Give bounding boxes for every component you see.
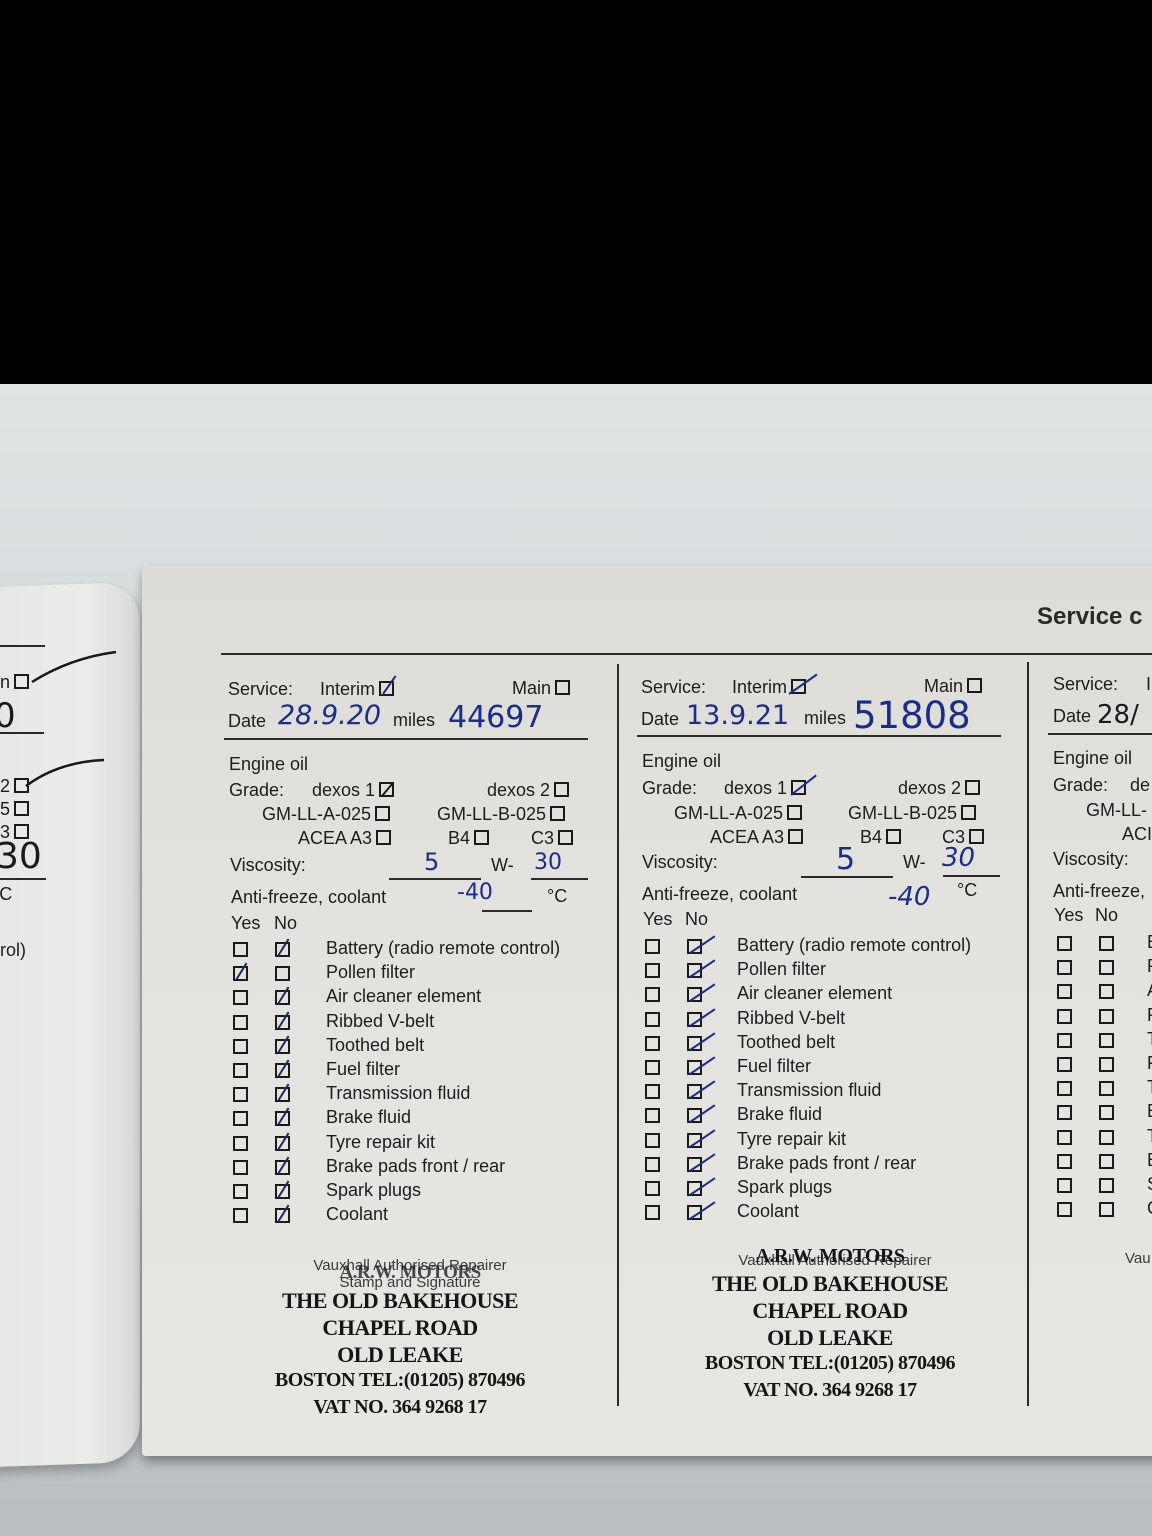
main-checkbox[interactable] [555, 680, 570, 695]
stamp-line: BOSTON TEL:(01205) 870496 [240, 1369, 560, 1392]
gm-a-checkbox[interactable] [375, 806, 390, 821]
date-label: Date [1053, 706, 1091, 727]
no-checkbox[interactable] [687, 987, 702, 1002]
no-checkbox[interactable] [687, 1060, 702, 1075]
yes-header: Yes [231, 913, 260, 934]
grade-b4: B4 [448, 828, 489, 849]
yes-checkbox[interactable] [645, 1036, 660, 1051]
gm-b-checkbox[interactable] [550, 806, 565, 821]
left-b025-fragment: 5 [0, 799, 29, 820]
tick-mark-icon [277, 1108, 289, 1126]
yes-checkbox[interactable] [645, 1060, 660, 1075]
left-main-checkbox[interactable] [14, 674, 29, 689]
checklist-item-label: Coolant [737, 1201, 799, 1222]
no-checkbox[interactable] [275, 1184, 290, 1199]
no-checkbox[interactable] [1099, 984, 1114, 999]
dexos2-checkbox[interactable] [965, 780, 980, 795]
no-checkbox[interactable] [275, 1063, 290, 1078]
column-divider [1027, 662, 1029, 1406]
yes-checkbox[interactable] [1057, 1178, 1072, 1193]
interim-checkbox[interactable] [791, 679, 806, 694]
no-checkbox[interactable] [1099, 1033, 1114, 1048]
viscosity-high-rule [531, 878, 588, 880]
date-value[interactable]: 28.9.20 [278, 700, 381, 731]
grade-gm-b: GM-LL-B-025 [437, 804, 565, 825]
tick-mark-icon [277, 1060, 289, 1078]
left-circle-value: 0 [0, 696, 16, 736]
grade-b4: B4 [860, 827, 901, 848]
tick-mark-icon [277, 1181, 289, 1199]
tick-mark-icon [277, 1132, 289, 1150]
left-battery-fragment: rol) [0, 940, 26, 961]
date-rule [1048, 733, 1152, 735]
yes-checkbox[interactable] [233, 1015, 248, 1030]
engine-oil-heading: Engine oil [642, 751, 721, 772]
left-tick-mark-icon [24, 754, 108, 790]
grade-acea: ACEA A3 [710, 827, 803, 848]
stamp-line: BOSTON TEL:(01205) 870496 [670, 1352, 990, 1375]
checklist-item-label-partial: B [1147, 1150, 1152, 1171]
viscosity-high-value[interactable]: 30 [534, 850, 562, 875]
checklist-item-label-partial: P [1147, 956, 1152, 977]
interim-option: Interim [732, 677, 806, 698]
checklist-item-label: Transmission fluid [326, 1083, 470, 1104]
c3-checkbox[interactable] [969, 829, 984, 844]
date-rule [224, 738, 588, 740]
checklist-item-label: Toothed belt [737, 1032, 835, 1053]
engine-oil-heading: Engine oil [1053, 748, 1132, 769]
yes-checkbox[interactable] [645, 1205, 660, 1220]
date-label: Date [228, 711, 266, 732]
no-checkbox[interactable] [275, 990, 290, 1005]
main-option: Main [512, 678, 570, 699]
checklist-item-label-partial: B [1147, 932, 1152, 953]
interim-option: Interim [320, 679, 394, 700]
checklist-item-label: Battery (radio remote control) [737, 935, 971, 956]
dexos1-checkbox[interactable] [379, 782, 394, 797]
no-checkbox[interactable] [1099, 1081, 1114, 1096]
yes-checkbox[interactable] [645, 987, 660, 1002]
checklist-item-label: Transmission fluid [737, 1080, 881, 1101]
column-divider [617, 664, 619, 1406]
interim-label: Interim [732, 677, 787, 697]
yes-checkbox[interactable] [233, 1087, 248, 1102]
no-checkbox[interactable] [687, 1108, 702, 1123]
tick-mark-icon [277, 1205, 289, 1223]
no-checkbox[interactable] [275, 1087, 290, 1102]
no-checkbox[interactable] [275, 942, 290, 957]
yes-checkbox[interactable] [1057, 984, 1072, 999]
left-page-rule [0, 645, 45, 647]
w-label: W- [491, 855, 514, 876]
yes-checkbox[interactable] [1057, 1057, 1072, 1072]
grade-dexos2: dexos 2 [898, 778, 980, 799]
stamp-line: THE OLD BAKEHOUSE [240, 1288, 560, 1314]
gm-a-checkbox[interactable] [787, 805, 802, 820]
yes-checkbox[interactable] [1057, 1033, 1072, 1048]
no-checkbox[interactable] [687, 1157, 702, 1172]
viscosity-label: Viscosity: [642, 852, 718, 873]
checklist-item-label: Ribbed V-belt [737, 1008, 845, 1029]
yes-checkbox[interactable] [233, 1063, 248, 1078]
degc-label: °C [957, 880, 977, 901]
tick-mark-icon [277, 1084, 289, 1102]
checklist-item-label-partial: C [1147, 1198, 1152, 1219]
checklist-item-label-partial: F [1147, 1053, 1152, 1074]
yes-checkbox[interactable] [233, 966, 248, 981]
engine-oil-heading: Engine oil [229, 754, 308, 775]
stamp-line: VAT NO. 364 9268 17 [240, 1396, 560, 1419]
no-checkbox[interactable] [1099, 936, 1114, 951]
no-checkbox[interactable] [1099, 1130, 1114, 1145]
checklist-item-label: Spark plugs [737, 1177, 832, 1198]
grade-gm-a: GM-LL-A-025 [674, 803, 802, 824]
left-facing-page [0, 582, 140, 1468]
main-label: Main [512, 678, 551, 698]
acea-partial: ACI [1122, 824, 1152, 845]
yes-header: Yes [1054, 905, 1083, 926]
grade-c3: C3 [531, 828, 573, 849]
no-checkbox[interactable] [687, 1181, 702, 1196]
service-label: Service: [1053, 674, 1118, 695]
interim-label: Interim [320, 679, 375, 699]
service-label: Service: [228, 679, 293, 700]
no-checkbox[interactable] [275, 966, 290, 981]
dexos2-checkbox[interactable] [554, 782, 569, 797]
grade-acea: ACEA A3 [298, 828, 391, 849]
no-header: No [685, 909, 708, 930]
checklist-item-label-partial: R [1147, 1005, 1152, 1026]
checklist-item-label: Brake fluid [737, 1104, 822, 1125]
yes-checkbox[interactable] [645, 1084, 660, 1099]
left-degc: °C [0, 884, 12, 905]
no-checkbox[interactable] [1099, 1105, 1114, 1120]
checklist-item-label: Pollen filter [326, 962, 415, 983]
tick-mark-icon [235, 963, 247, 981]
antifreeze-label: Anti-freeze, coolant [231, 887, 386, 908]
grade-gm-a: GM-LL-A-025 [262, 804, 390, 825]
grade-partial: de [1130, 775, 1150, 796]
grade-dexos2: dexos 2 [487, 780, 569, 801]
no-checkbox[interactable] [687, 939, 702, 954]
yes-checkbox[interactable] [1057, 1154, 1072, 1169]
yes-checkbox[interactable] [645, 1108, 660, 1123]
date-value[interactable]: 13.9.21 [686, 700, 789, 731]
tick-mark-icon [277, 1011, 289, 1029]
checklist-item-label: Coolant [326, 1204, 388, 1225]
viscosity-low-rule [801, 876, 893, 878]
page-title: Service c [1037, 603, 1142, 631]
tick-mark-icon [277, 1156, 289, 1174]
tick-mark-icon [277, 939, 289, 957]
left-date-rule [0, 732, 44, 734]
checklist-item-label-partial: A [1147, 980, 1152, 1001]
antifreeze-value[interactable]: -40 [888, 882, 930, 912]
no-checkbox[interactable] [687, 1084, 702, 1099]
checklist-item-label: Toothed belt [326, 1035, 424, 1056]
degc-label: °C [547, 886, 567, 907]
no-checkbox[interactable] [1099, 1178, 1114, 1193]
stamp-dealer-name: A.R.W. MOTORS [670, 1245, 990, 1268]
checklist-item-label: Air cleaner element [737, 983, 892, 1004]
yes-checkbox[interactable] [1057, 1130, 1072, 1145]
left-tick-mark-icon [30, 648, 120, 688]
no-checkbox[interactable] [687, 1012, 702, 1027]
stamp-label-partial: Vau [1125, 1250, 1152, 1267]
yes-checkbox[interactable] [233, 1208, 248, 1223]
interim-checkbox[interactable] [379, 681, 394, 696]
yes-checkbox[interactable] [1057, 1081, 1072, 1096]
c3-checkbox[interactable] [558, 830, 573, 845]
yes-checkbox[interactable] [233, 990, 248, 1005]
left-b025-checkbox[interactable] [14, 801, 29, 816]
no-checkbox[interactable] [275, 1160, 290, 1175]
date-value-partial[interactable]: 28/ [1097, 700, 1139, 730]
w-label: W- [903, 852, 926, 873]
checklist-item-label: Ribbed V-belt [326, 1011, 434, 1032]
checklist-item-label-partial: T [1147, 1126, 1152, 1147]
yes-checkbox[interactable] [1057, 960, 1072, 975]
checklist-item-label: Brake fluid [326, 1107, 411, 1128]
acea-checkbox[interactable] [376, 830, 391, 845]
yes-checkbox[interactable] [233, 1184, 248, 1199]
miles-value[interactable]: 51808 [853, 694, 971, 737]
photo-black-band [0, 0, 1152, 384]
grade-label: Grade: [642, 778, 697, 799]
checklist-item-label-partial: T [1147, 1077, 1152, 1098]
checklist-item-label: Brake pads front / rear [326, 1156, 505, 1177]
viscosity-low-value[interactable]: 5 [836, 842, 855, 877]
yes-checkbox[interactable] [645, 1157, 660, 1172]
gm-b-checkbox[interactable] [961, 805, 976, 820]
header-rule [221, 653, 1152, 655]
tick-mark-icon [277, 987, 289, 1005]
yes-checkbox[interactable] [233, 942, 248, 957]
no-checkbox[interactable] [275, 1136, 290, 1151]
no-checkbox[interactable] [1099, 1009, 1114, 1024]
antifreeze-value[interactable]: -40 [457, 880, 493, 905]
yes-checkbox[interactable] [1057, 1105, 1072, 1120]
stamp-line: THE OLD BAKEHOUSE [670, 1271, 990, 1297]
no-checkbox[interactable] [687, 1205, 702, 1220]
tick-mark-icon [277, 1035, 289, 1053]
yes-checkbox[interactable] [645, 1012, 660, 1027]
yes-checkbox[interactable] [233, 1039, 248, 1054]
checklist-item-label-partial: B [1147, 1101, 1152, 1122]
yes-checkbox[interactable] [233, 1136, 248, 1151]
viscosity-low-value[interactable]: 5 [424, 848, 439, 876]
yes-checkbox[interactable] [233, 1160, 248, 1175]
checklist-item-label-partial: T [1147, 1029, 1152, 1050]
main-checkbox[interactable] [967, 678, 982, 693]
viscosity-label: Viscosity: [230, 855, 306, 876]
no-checkbox[interactable] [687, 1133, 702, 1148]
grade-dexos1: dexos 1 [312, 780, 394, 801]
grade-label: Grade: [1053, 775, 1108, 796]
no-checkbox[interactable] [1099, 1154, 1114, 1169]
no-checkbox[interactable] [687, 1036, 702, 1051]
stamp-line: CHAPEL ROAD [240, 1315, 560, 1341]
no-checkbox[interactable] [687, 963, 702, 978]
no-checkbox[interactable] [1099, 1202, 1114, 1217]
miles-value[interactable]: 44697 [448, 700, 543, 735]
antifreeze-rule [482, 910, 532, 912]
stamp-line: OLD LEAKE [240, 1342, 560, 1368]
checklist-item-label: Pollen filter [737, 959, 826, 980]
no-checkbox[interactable] [275, 1208, 290, 1223]
stamp-line: OLD LEAKE [670, 1325, 990, 1351]
interim-label-partial: I [1146, 674, 1151, 695]
no-checkbox[interactable] [275, 1039, 290, 1054]
dexos1-checkbox[interactable] [791, 780, 806, 795]
checklist-item-label: Fuel filter [737, 1056, 811, 1077]
service-label: Service: [641, 677, 706, 698]
grade-gm-b: GM-LL-B-025 [848, 803, 976, 824]
miles-label: miles [393, 710, 435, 731]
yes-header: Yes [643, 909, 672, 930]
b4-checkbox[interactable] [886, 829, 901, 844]
checklist-item-label: Tyre repair kit [326, 1132, 435, 1153]
no-checkbox[interactable] [1099, 1057, 1114, 1072]
checklist-item-label: Spark plugs [326, 1180, 421, 1201]
checklist-item-label: Tyre repair kit [737, 1129, 846, 1150]
left-viscosity-rule [0, 878, 46, 880]
checklist-item-label: Air cleaner element [326, 986, 481, 1007]
antifreeze-label: Anti-freeze, coolant [642, 884, 797, 905]
antifreeze-label-partial: Anti-freeze, [1053, 881, 1145, 902]
yes-checkbox[interactable] [233, 1111, 248, 1126]
yes-checkbox[interactable] [645, 1181, 660, 1196]
checklist-item-label: Battery (radio remote control) [326, 938, 560, 959]
stamp-line: CHAPEL ROAD [670, 1298, 990, 1324]
yes-checkbox[interactable] [645, 939, 660, 954]
viscosity-label: Viscosity: [1053, 849, 1129, 870]
yes-checkbox[interactable] [1057, 1009, 1072, 1024]
miles-label: miles [804, 708, 846, 729]
grade-label: Grade: [229, 780, 284, 801]
acea-checkbox[interactable] [788, 829, 803, 844]
b4-checkbox[interactable] [474, 830, 489, 845]
no-checkbox[interactable] [275, 1015, 290, 1030]
yes-checkbox[interactable] [1057, 936, 1072, 951]
grade-dexos1: dexos 1 [724, 778, 806, 799]
no-header: No [1095, 905, 1118, 926]
left-main-fragment: n [0, 672, 29, 693]
date-label: Date [641, 709, 679, 730]
checklist-item-label: Fuel filter [326, 1059, 400, 1080]
checklist-item-label: Brake pads front / rear [737, 1153, 916, 1174]
no-checkbox[interactable] [1099, 960, 1114, 975]
viscosity-high-value[interactable]: 30 [942, 843, 975, 873]
checklist-item-label-partial: S [1147, 1174, 1152, 1195]
date-rule [637, 735, 1001, 737]
no-checkbox[interactable] [275, 1111, 290, 1126]
gm-partial: GM-LL- [1086, 800, 1147, 821]
viscosity-high-rule [943, 875, 1000, 877]
yes-checkbox[interactable] [1057, 1202, 1072, 1217]
main-label: Main [924, 676, 963, 696]
yes-checkbox[interactable] [645, 963, 660, 978]
left-viscosity-value: 30 [0, 836, 42, 877]
yes-checkbox[interactable] [645, 1133, 660, 1148]
stamp-line: VAT NO. 364 9268 17 [670, 1379, 990, 1402]
no-header: No [274, 913, 297, 934]
